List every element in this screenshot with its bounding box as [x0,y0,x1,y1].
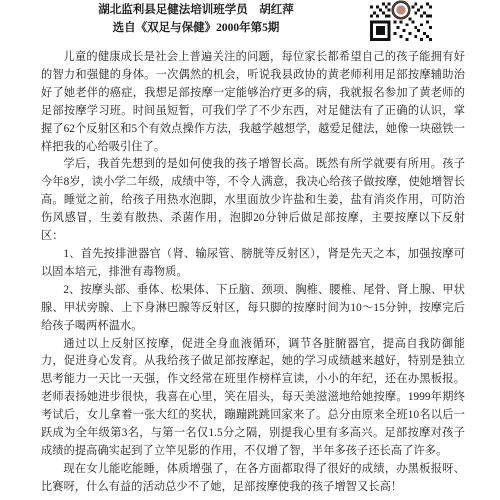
document-header: 湖北监利县足健法培训班学员 胡红萍 选自《双足与保健》2000年第5期 [40,2,352,37]
body-paragraph: 学后，我首先想到的是如何使我的孩子增智长高。既然有所学就要有所用。孩子今年8岁，… [41,156,465,246]
document-body: 儿童的健康成长是社会上普遍关注的问题，每位家长都希望自己的孩子能拥有好的智力和强… [41,49,465,495]
qr-code-icon [370,0,432,41]
body-paragraph: 1、首先按排泄器官（肾、输尿管、膀胱等反射区），肾是先天之本，加强按摩可以固本培… [41,246,465,282]
body-paragraph: 2、按摩头部、垂体、松果体、下丘脑、颈项、胸椎、腰椎、尾骨、肾上腺、甲状腺、甲状… [41,282,465,336]
document-page: 湖北监利县足健法培训班学员 胡红萍 选自《双足与保健》2000年第5期 [0,0,500,500]
source-citation: 选自《双足与保健》2000年第5期 [40,20,352,38]
author-byline: 湖北监利县足健法培训班学员 胡红萍 [40,2,352,20]
body-paragraph: 通过以上反射区按摩，促进全身血液循环，调节各脏腑器官，提高自我防御能力，促进身心… [41,336,465,461]
body-paragraph: 现在女儿能吃能睡，体质增强了，在各方面都取得了很好的成绩，办黑板报呀、比赛呀，什… [41,461,465,495]
body-paragraph: 儿童的健康成长是社会上普遍关注的问题，每位家长都希望自己的孩子能拥有好的智力和强… [41,49,465,156]
